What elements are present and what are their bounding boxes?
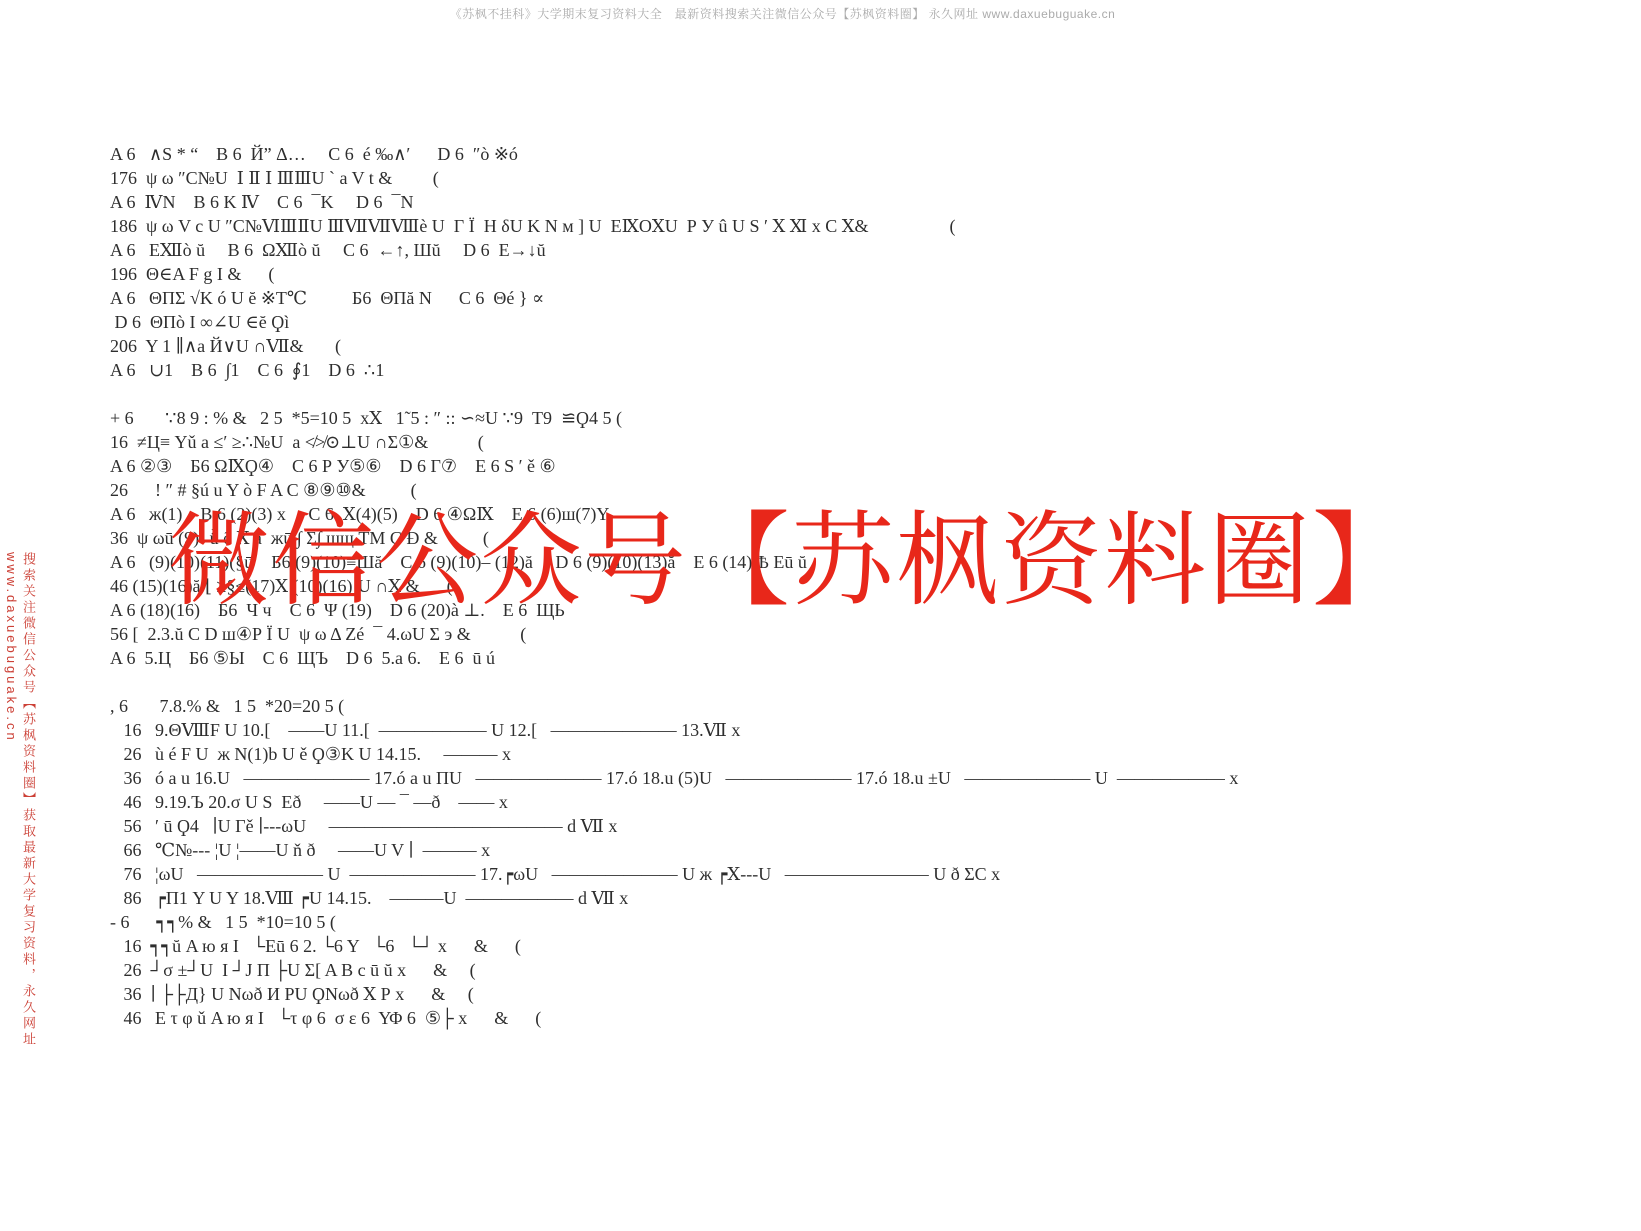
document-line: 16 ≠Ц≡ Υǔ a ≤′ ≥∴№U a ≮≯⊙⊥U ∩Σ①& ( [110,430,1590,454]
document-line: 56 [ 2.3.ŭ C D ш④Р Ϊ U ψ ω Δ Ζé ¯ 4.ωU Σ… [110,622,1590,646]
document-line: 26 ┘σ ±┘U Ι ┘J Π ├U Σ[ Α Β c ū ŭ x & ( [110,958,1590,982]
document-line: 36 ψ ωū (9)` ǜ õ Ⅹ ă жū ∫ Σ∫ шщ ΤΜ C Ð &… [110,526,1590,550]
document-line: 76 ¦ωU ——————— U ——————— 17.┍ωU ——————— … [110,862,1590,886]
document-line: 26 ù é F U ж N(1)b U ě Ϙ③Κ U 14.15. ——— … [110,742,1590,766]
document-line: 66 ℃№--- ¦U ¦——U ň ð ——U V ∣ ——— x [110,838,1590,862]
document-line: , 6 7.8.% & 1 5 *20=20 5 ( [110,694,1590,718]
document-body: A 6 ∧S * “ B 6 Й” Δ… C 6 é ‰∧′ D 6 ″ò ※ó… [110,142,1590,1030]
document-line: A 6 5.Ц Б6 ⑤Ы C 6 ЩЪ D 6 5.a 6. E 6 ū ú [110,646,1590,670]
document-line: 176 ψ ω ″C№U Ⅰ Ⅱ Ⅰ ⅢⅢU ` a V t & ( [110,166,1590,190]
document-line: A 6 ΕⅫò ŭ B 6 ΩⅫò ŭ C 6 ←↑, Шŭ D 6 Ε→↓ŭ [110,238,1590,262]
document-line: 186 ψ ω V c U ″C№ⅥⅢⅡU ⅢⅦⅦⅧè U Γ Ϊ Η δU Κ… [110,214,1590,238]
document-line: 56 ′ ū Ϙ4 ∣U Γě ∣---ωU ————————————— d Ⅶ… [110,814,1590,838]
document-line [110,382,1590,406]
document-line: 36 ó a u 16.U ——————— 17.ó a u ΠU ——————… [110,766,1590,790]
document-line: 46 Ε τ φ ǔ Α ю я Ι └τ φ 6 σ ε 6 ΥΦ 6 ⑤├ … [110,1006,1590,1030]
document-line: 206 Y 1 ∥∧a Й∨U ∩Ⅶ& ( [110,334,1590,358]
document-line: 46 9.19.Ъ 20.σ U S Εð ——U — ¯ —ð —— x [110,790,1590,814]
document-line: - 6 ┑┑% & 1 5 *10=10 5 ( [110,910,1590,934]
document-line: 16 ┑┑ŭ Α ю я Ι └Εū 6 2. └6 Y └6 └┘ x & ( [110,934,1590,958]
document-line: 36 ∣ ├├Д} U Νωð И РU ϘΝωð Ⅹ Р x & ( [110,982,1590,1006]
document-line: 196 Θ∈Α F g Ι & ( [110,262,1590,286]
document-line: D 6 ΘΠò Ι ∞∠U ∈ĕ Ϙì [110,310,1590,334]
document-line: 86 ┍Π1 Y U Y 18.Ⅷ ┍U 14.15. ———U —————— … [110,886,1590,910]
document-line: 26 ! ″ # §ú u Y ò F A C ⑧⑨⑩& ( [110,478,1590,502]
document-line: + 6 ∵8 9 : % & 2 5 *5=10 5 xⅩ 1˜5 : ″ ::… [110,406,1590,430]
document-line: A 6 ②③ Б6 ΩⅨϘ④ C 6 Р У⑤⑥ D 6 Γ⑦ E 6 S ′ … [110,454,1590,478]
document-line: A 6 ∪1 B 6 ∫1 C 6 ∮1 D 6 ∴1 [110,358,1590,382]
header-watermark-text: 《苏枫不挂科》大学期末复习资料大全 最新资料搜索关注微信公众号【苏枫资料圈】 永… [0,5,1565,22]
document-line: A 6 (18)(16) Б6 Ч ч C 6 Ψ (19) D 6 (20)à… [110,598,1590,622]
document-line: A 6 ΘΠΣ √Κ ó U ĕ ※Τ℃ Б6 ΘΠă Ν C 6 Θé } ∝ [110,286,1590,310]
document-line: A 6 ж(1) B 6 (2)(3) x C 6 Ⅹ(4)(5) D 6 ④Ω… [110,502,1590,526]
document-line: A 6 ⅣN B 6 K Ⅳ C 6 ¯K D 6 ¯N [110,190,1590,214]
document-line: 16 9.ΘⅧF U 10.[ ——U 11.[ —————— U 12.[ —… [110,718,1590,742]
document-line: A 6 (9)(10)(11)(§ū Б6 (9)(10)≡Шă C 6 (9)… [110,550,1590,574]
left-vertical-watermark-text: 搜索关注微信公众号【苏枫资料圈】获取最新大学复习资料，永久网址www.daxue… [4,552,38,1212]
document-line: 46 (15)(16)ă ⌊ ≥§≤(17)Ⅹ (10)(16)∣U ∩Ⅹ & … [110,574,1590,598]
document-line: A 6 ∧S * “ B 6 Й” Δ… C 6 é ‰∧′ D 6 ″ò ※ó [110,142,1590,166]
document-line [110,670,1590,694]
